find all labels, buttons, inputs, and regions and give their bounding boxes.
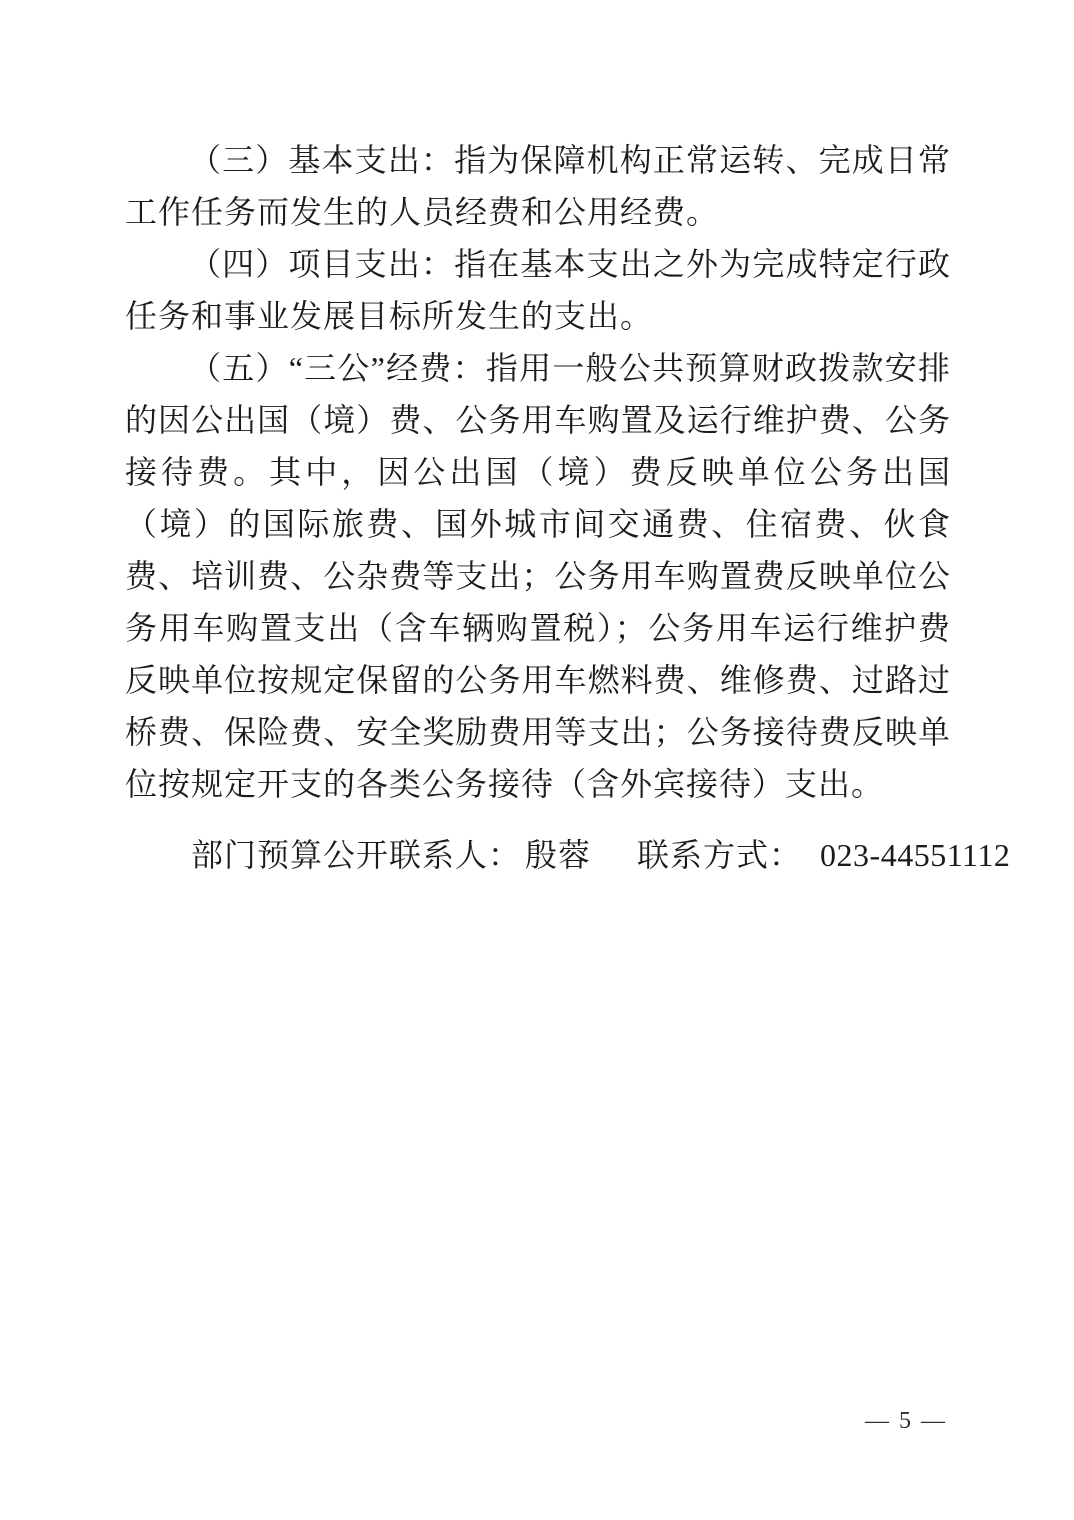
paragraph-three-public-expenses: （五）“三公”经费：指用一般公共预算财政拨款安排的因公出国（境）费、公务用车购置… (125, 342, 951, 810)
contact-phone-number: 023-44551112 (820, 837, 1010, 873)
document-page: （三）基本支出：指为保障机构正常运转、完成日常工作任务而发生的人员经费和公用经费… (0, 0, 1074, 1520)
contact-person-label: 部门预算公开联系人： (191, 837, 521, 873)
paragraph-basic-expenditure: （三）基本支出：指为保障机构正常运转、完成日常工作任务而发生的人员经费和公用经费… (125, 134, 951, 238)
paragraph-project-expenditure: （四）项目支出：指在基本支出之外为完成特定行政任务和事业发展目标所发生的支出。 (125, 238, 951, 342)
page-footer: — 5 — (865, 1408, 947, 1435)
contact-person-name: 殷蓉 (525, 837, 591, 873)
contact-phone-label: 联系方式： (637, 837, 802, 873)
document-body: （三）基本支出：指为保障机构正常运转、完成日常工作任务而发生的人员经费和公用经费… (125, 134, 951, 881)
contact-line: 部门预算公开联系人：殷蓉联系方式：023-44551112 (125, 829, 951, 881)
page-number: — 5 — (865, 1408, 947, 1434)
